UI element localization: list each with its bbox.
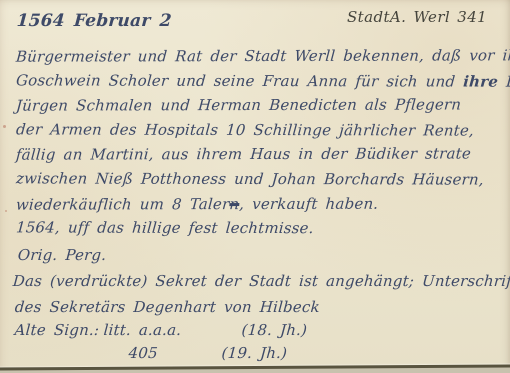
overwritten-word: ihre [463,72,499,90]
old-signatures-label: Alte Sign.: [14,321,100,339]
paper-speckle [5,210,7,212]
seal-note-line-2: des Sekretärs Degenhart von Hilbeck [14,295,321,319]
archive-reference: StadtA. Werl 341 [347,8,487,26]
regest-line-7-suffix: , verkauft haben. [239,194,379,212]
old-signatures-block: Alte Sign.: litt. a.a.a. (18. Jh.) 405 (… [14,321,414,367]
regest-line: Jürgen Schmalen und Herman Benedicten al… [15,93,503,119]
regest-line-2-suffix: Erben [497,72,510,90]
old-signature-19c-period: (19. Jh.) [221,344,288,362]
seal-note-line-1: Das (verdrückte) Sekret der Stadt ist an… [12,269,510,293]
regest-line: Goschwein Scholer und seine Frau Anna fü… [15,68,503,94]
regest-line: Bürgermeister und Rat der Stadt Werll be… [15,43,503,69]
regest-text: Bürgermeister und Rat der Stadt Werll be… [16,44,502,241]
date-heading: 1564 Februar 2 [16,11,172,31]
regest-line-7-prefix: wiederkäuflich um 8 Taler [15,195,230,214]
regest-line-2-prefix: Goschwein Scholer und seine Frau Anna fü… [15,71,463,90]
paper-speckle [3,125,6,128]
archive-index-card: 1564 Februar 2 StadtA. Werl 341 Bürgerme… [0,0,510,373]
regest-line: der Armen des Hospitals 10 Schillinge jä… [15,117,503,143]
paper-speckle [485,55,487,57]
regest-line: 1564, uff das hillige fest lechtmisse. [15,216,503,242]
old-signature-19c-value: 405 [128,344,158,362]
material-note: Orig. Perg. [17,243,107,267]
old-signature-18c-period: (18. Jh.) [241,321,308,339]
regest-line: wiederkäuflich um 8 Talern, verkauft hab… [15,191,503,217]
regest-line: zwischen Nieß Potthoness und Johan Borch… [15,166,503,192]
regest-line: fällig an Martini, aus ihrem Haus in der… [15,142,503,168]
old-signature-18c-value: litt. a.a.a. [103,321,182,339]
